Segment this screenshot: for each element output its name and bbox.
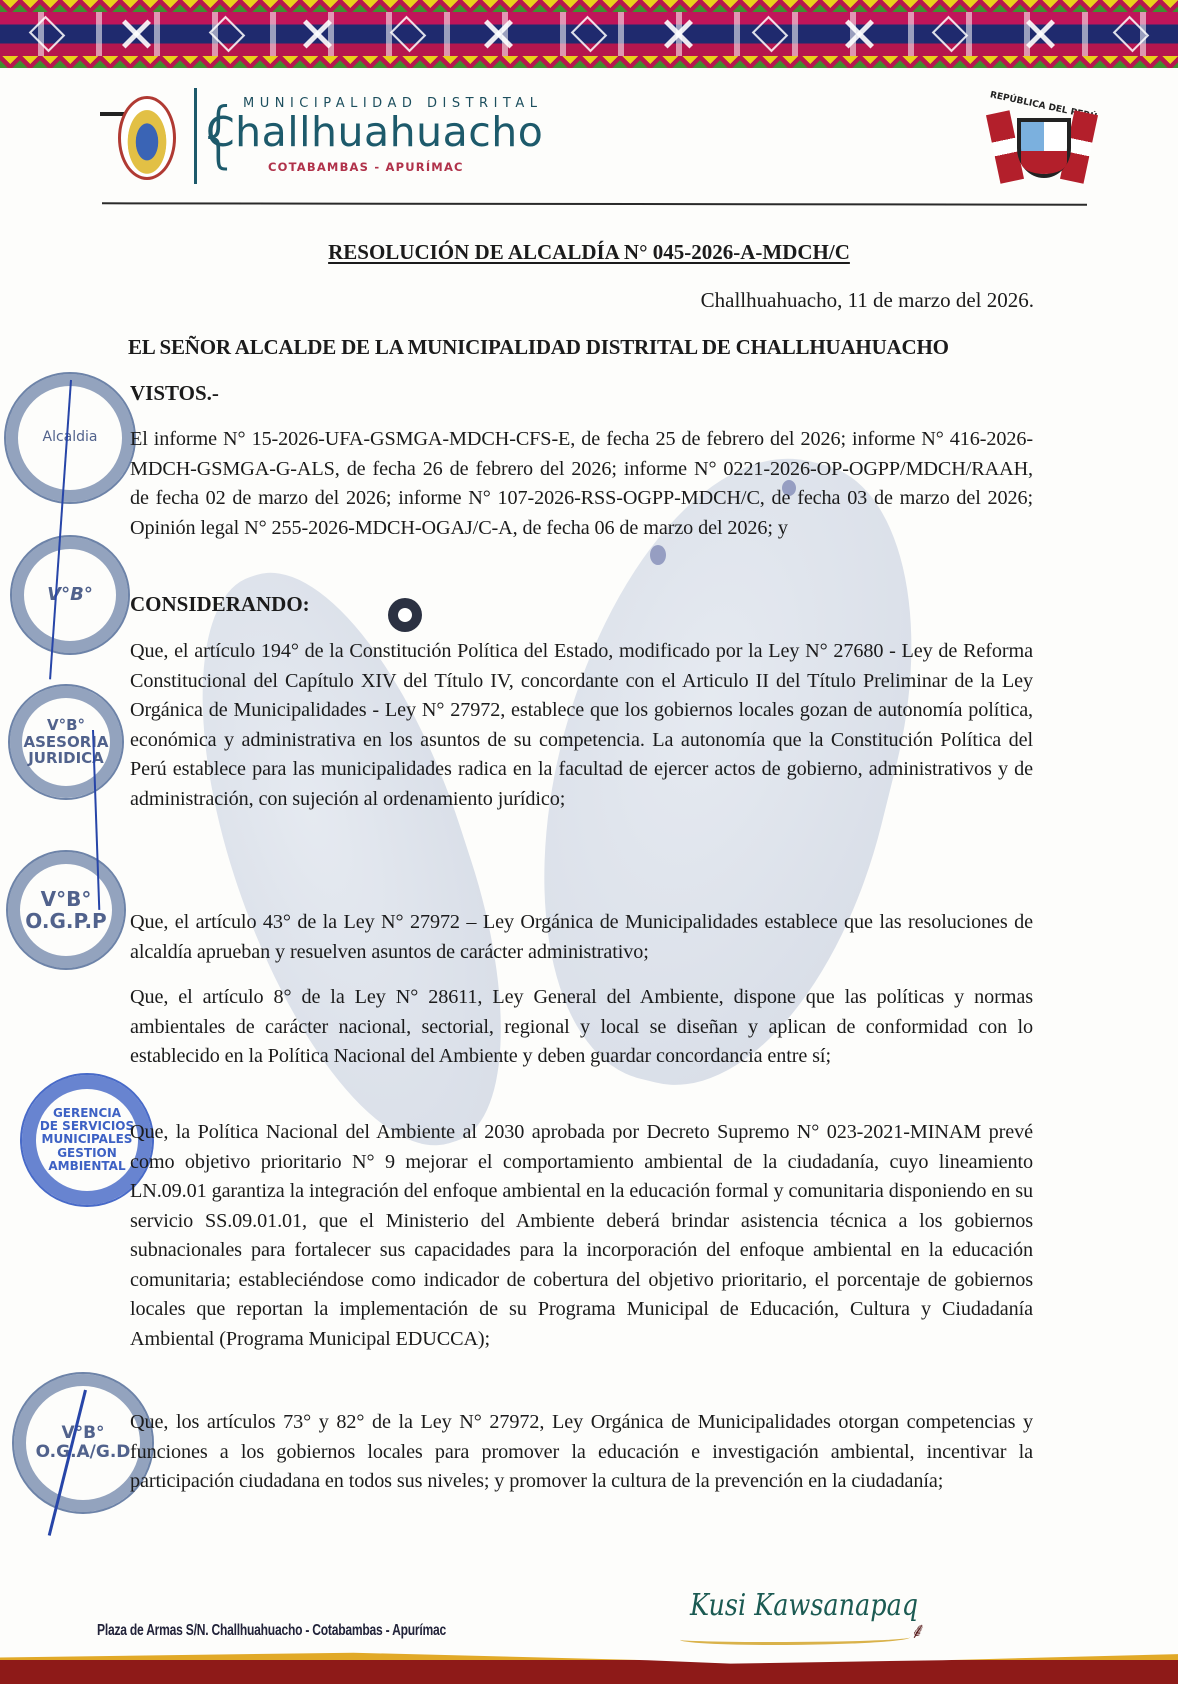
footsteps-icon: ⸙ — [910, 1615, 927, 1645]
fish-spot — [650, 545, 666, 565]
diamond-motif-icon — [932, 16, 969, 53]
considerando-paragraph: Que, la Política Nacional del Ambiente a… — [130, 1118, 1033, 1354]
stamp-visto-gerencia: V°B° — [10, 535, 130, 655]
stamp-label: Alcaldia — [43, 430, 98, 445]
diamond-motif-icon — [28, 16, 65, 53]
fish-eye-icon — [388, 598, 422, 632]
watermark-fish-left — [148, 539, 552, 1181]
stamp-ogpp: V°B° O.G.P.P — [6, 850, 126, 970]
footer-wave-band — [0, 1650, 1178, 1684]
stamp-label: V°B° O.G.P.P — [25, 888, 106, 932]
vistos-heading: VISTOS.- — [130, 381, 219, 406]
stamp-label: GERENCIA DE SERVICIOS MUNICIPALES GESTIO… — [40, 1107, 134, 1173]
cross-motif-icon — [1024, 20, 1058, 48]
cross-motif-icon — [843, 20, 877, 48]
diamond-motif-icon — [751, 16, 788, 53]
slogan-swoosh — [680, 1632, 910, 1645]
province-region: COTABAMBAS - APURÍMAC — [268, 160, 464, 174]
zigzag-border-bottom — [0, 56, 1178, 68]
considerando-paragraph: Que, el artículo 43° de la Ley N° 27972 … — [130, 908, 1033, 967]
zigzag-border-top — [0, 0, 1178, 12]
stamp-label: V°B° O.G.A/G.D — [36, 1424, 131, 1461]
shield-icon — [1017, 118, 1071, 178]
footer-address: Plaza de Armas S/N. Challhuahuacho - Cot… — [97, 1622, 446, 1640]
header-rule — [102, 202, 1087, 205]
considerando-heading: CONSIDERANDO: — [130, 592, 310, 617]
considerando-paragraph: Que, el artículo 8° de la Ley N° 28611, … — [130, 983, 1033, 1072]
woven-header-band — [0, 0, 1178, 68]
stamp-label: V°B° ASESORIA JURIDICA — [24, 717, 109, 767]
resolution-title: RESOLUCIÓN DE ALCALDÍA N° 045-2026-A-MDC… — [0, 240, 1178, 265]
diamond-motif-icon — [390, 16, 427, 53]
cross-motif-icon — [120, 20, 154, 48]
cross-motif-icon — [662, 20, 696, 48]
issuing-authority: EL SEÑOR ALCALDE DE LA MUNICIPALIDAD DIS… — [128, 335, 949, 360]
considerando-paragraph: Que, los artículos 73° y 82° de la Ley N… — [130, 1408, 1033, 1497]
vistos-paragraph: El informe N° 15-2026-UFA-GSMGA-MDCH-CFS… — [130, 425, 1033, 543]
textile-motifs — [0, 16, 1178, 52]
diamond-motif-icon — [209, 16, 246, 53]
diamond-motif-icon — [1113, 16, 1150, 53]
cross-motif-icon — [301, 20, 335, 48]
municipal-coat-of-arms-icon — [118, 96, 176, 180]
stamp-asesoria-juridica: V°B° ASESORIA JURIDICA — [8, 684, 124, 800]
cross-motif-icon — [482, 20, 516, 48]
diamond-motif-icon — [571, 16, 608, 53]
peru-coat-of-arms-icon: REPÚBLICA DEL PERÚ — [985, 90, 1095, 200]
considerando-paragraph: Que, el artículo 194° de la Constitución… — [130, 637, 1033, 814]
footer-slogan: Kusi Kawsanapaq — [690, 1588, 918, 1623]
municipality-name: Challhuahuacho — [206, 108, 543, 156]
place-date: Challhuahuacho, 11 de marzo del 2026. — [701, 288, 1034, 313]
